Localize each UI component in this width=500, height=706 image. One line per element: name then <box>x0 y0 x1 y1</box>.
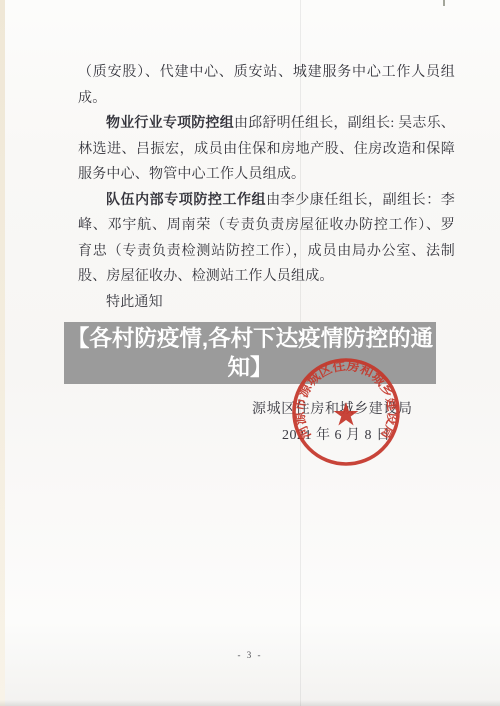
body-line: 股、房屋征收办、检测站工作人员组成。 <box>78 264 455 290</box>
body-line: 育忠（专责负责检测站防控工作），成员由局办公室、法制 <box>78 239 455 265</box>
body-line-text: 股、房屋征收办、检测站工作人员组成。 <box>78 269 334 284</box>
body-line: 林选进、吕振宏，成员由住保和房地产股、住房改造和保障 <box>78 137 455 163</box>
body-line: 成。 <box>78 86 455 112</box>
body-line: 峰、邓宇航、周南荣（专责负责房屋征收办防控工作）、罗 <box>78 213 455 239</box>
scanned-notice-page: （质安股）、代建中心、质安站、城建服务中心工作人员组成。物业行业专项防控组由邱舒… <box>0 0 500 706</box>
body-line: 特此通知 <box>78 290 455 316</box>
body-line-bold-lead: 物业行业专项防控组 <box>106 116 234 131</box>
page-number: - 3 - <box>0 650 500 660</box>
body-line-text: 由李少康任组长，副组长：李 <box>266 193 455 208</box>
document-body: （质安股）、代建中心、质安站、城建服务中心工作人员组成。物业行业专项防控组由邱舒… <box>78 60 455 315</box>
body-line: （质安股）、代建中心、质安站、城建服务中心工作人员组 <box>78 60 455 86</box>
seal-ring-text: 河源市源城区住房和城乡建设局 <box>291 358 400 442</box>
body-line-text: 林选进、吕振宏，成员由住保和房地产股、住房改造和保障 <box>78 142 455 157</box>
body-line-text: 由邱舒明任组长，副组长: 吴志乐、 <box>234 116 455 131</box>
body-line-text: 峰、邓宇航、周南荣（专责负责房屋征收办防控工作）、罗 <box>78 218 455 233</box>
seal-star-icon <box>334 402 359 426</box>
body-line: 队伍内部专项防控工作组由李少康任组长，副组长：李 <box>78 188 455 214</box>
seal-stamp-icon: 河源市源城区住房和城乡建设局 <box>286 352 406 472</box>
scan-artifact-mark <box>443 0 445 6</box>
headline-line-2: 知】 <box>227 353 272 382</box>
body-line-text: 育忠（专责负责检测站防控工作），成员由局办公室、法制 <box>78 244 455 259</box>
body-line-text: （质安股）、代建中心、质安站、城建服务中心工作人员组 <box>78 65 455 80</box>
body-line: 物业行业专项防控组由邱舒明任组长，副组长: 吴志乐、 <box>78 111 455 137</box>
scan-left-edge <box>0 0 5 706</box>
body-line: 服务中心、物管中心工作人员组成。 <box>78 162 455 188</box>
scan-bottom-edge <box>0 700 500 706</box>
svg-text:河源市源城区住房和城乡建设局: 河源市源城区住房和城乡建设局 <box>291 358 400 442</box>
body-line-text: 成。 <box>78 91 106 106</box>
body-line-text: 服务中心、物管中心工作人员组成。 <box>78 167 305 182</box>
body-line-bold-lead: 队伍内部专项防控工作组 <box>106 193 266 208</box>
headline-line-1: 【各村防疫情,各村下达疫情防控的通 <box>67 324 433 353</box>
body-line-text: 特此通知 <box>106 295 163 310</box>
official-seal: 河源市源城区住房和城乡建设局 <box>286 352 406 472</box>
